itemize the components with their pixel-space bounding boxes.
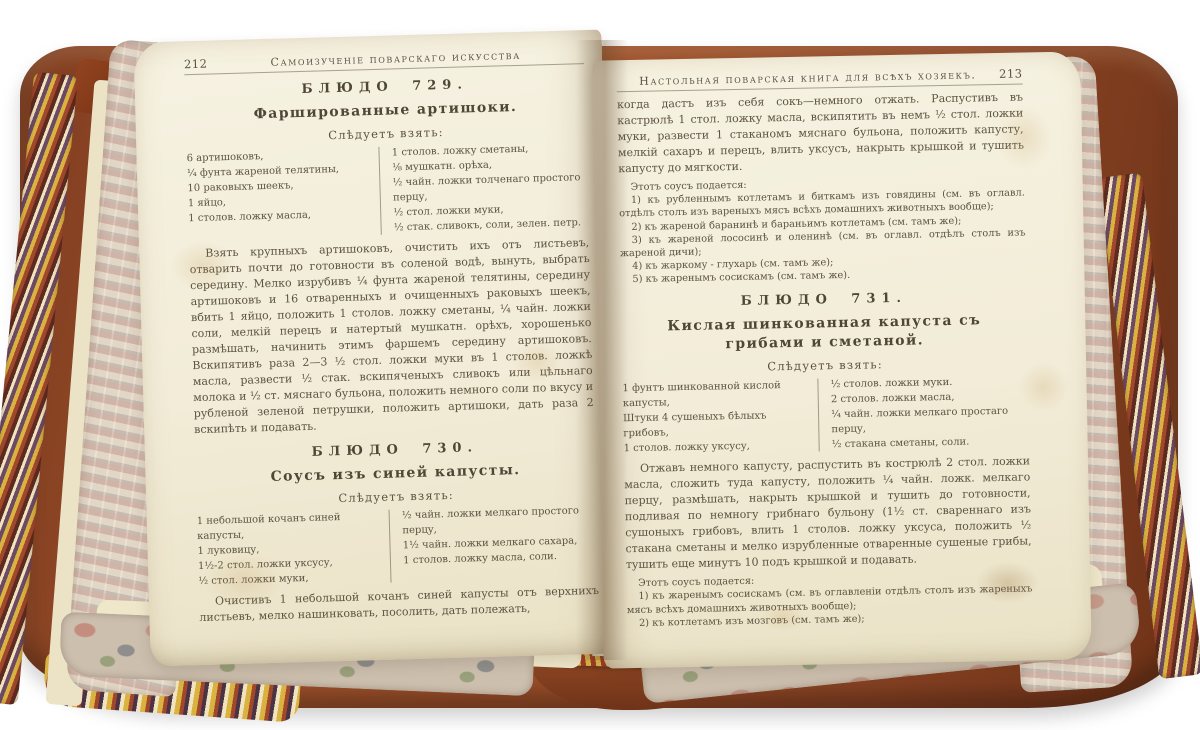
dish-731-label: БЛЮДО 731. [621,289,1027,312]
ingredient-column-right: ½ столов. ложки муки. 2 столов. ложки ма… [831,373,1030,452]
ingredient-line: 1 столов. ложку уксусу, [624,438,807,457]
dish-729-instructions: Взять крупныхъ артишоковъ, очистить ихъ … [189,235,594,439]
ingredient-column-left: 1 небольшой кочанъ синей капусты, 1 луко… [197,509,379,589]
page-number-left: 212 [184,57,208,72]
ingredient-line: ¼ чайн. ложки мелкаго простаго перцу, [831,403,1029,437]
dish-729-label: БЛЮДО 729. [185,74,585,100]
ingredient-line: ½ стакана сметаны, соли. [832,433,1030,452]
dish-730-serving-note: Этотъ соусъ подается: 1) къ рубленнымъ к… [619,174,1027,287]
running-title-right: Настольная поварская книга для всѣхъ хоз… [616,68,999,88]
book-page-left: 212 Самоизученіе поварскаго искусства БЛ… [133,30,618,667]
running-header-right: Настольная поварская книга для всѣхъ хоз… [616,66,1022,92]
dish-730-instructions-continued: когда дастъ изъ себя сокъ—немного отжать… [617,89,1024,177]
ingredient-column-left: 6 артишоковъ, ¼ фунта жареной телятины, … [186,146,369,241]
dish-731-ingredients: 1 фунтъ шинкованной кислой капусты, Штук… [622,373,1029,456]
dish-729-ingredients: 6 артишоковъ, ¼ фунта жареной телятины, … [186,140,588,241]
photo-open-antique-cookbook: 212 Самоизученіе поварскаго искусства БЛ… [0,0,1200,730]
running-header-left: 212 Самоизученіе поварскаго искусства [184,46,584,75]
dish-731-serving-note: Этотъ соусъ подается: 1) къ жаренымъ сос… [626,570,1033,630]
ingredient-column-right: ½ чайн. ложки мелкаго простого перцу, 1½… [402,503,599,583]
dish-731-instructions: Отжавъ немного капусту, распустить въ ко… [624,453,1032,573]
ingredient-column-right: 1 столов. ложку сметаны, ⅛ мушкатн. орѣх… [392,140,589,235]
ingredient-divider-rule [818,378,820,451]
page-number-right: 213 [999,66,1023,80]
dish-730-title: Соусъ изъ синей капусты. [205,460,585,489]
ingredient-column-left: 1 фунтъ шинкованной кислой капусты, Штук… [622,378,807,457]
book-page-right: Настольная поварская книга для всѣхъ хоз… [592,51,1092,668]
ingredient-line: 1 фунтъ шинкованной кислой капусты, [622,378,806,412]
dish-730-ingredients: 1 небольшой кочанъ синей капусты, 1 луко… [197,503,599,589]
dish-730-label: БЛЮДО 730. [195,437,595,463]
dish-731-title: Кислая шинкованная капуста съ грибами и … [634,311,1015,356]
dish-730-instructions-start: Очистивъ 1 небольшой кочанъ синей капуст… [199,583,600,626]
ingredient-line: Штуки 4 сушеныхъ бѣлыхъ грибовъ, [623,408,807,442]
dish-731-take-label: Слѣдуетъ взять: [622,354,1028,376]
running-title-left: Самоизученіе поварскаго искусства [207,47,584,71]
dish-729-title: Фаршированные артишоки. [195,96,575,125]
ingredient-divider-rule [389,510,392,583]
ingredient-divider-rule [379,147,382,235]
